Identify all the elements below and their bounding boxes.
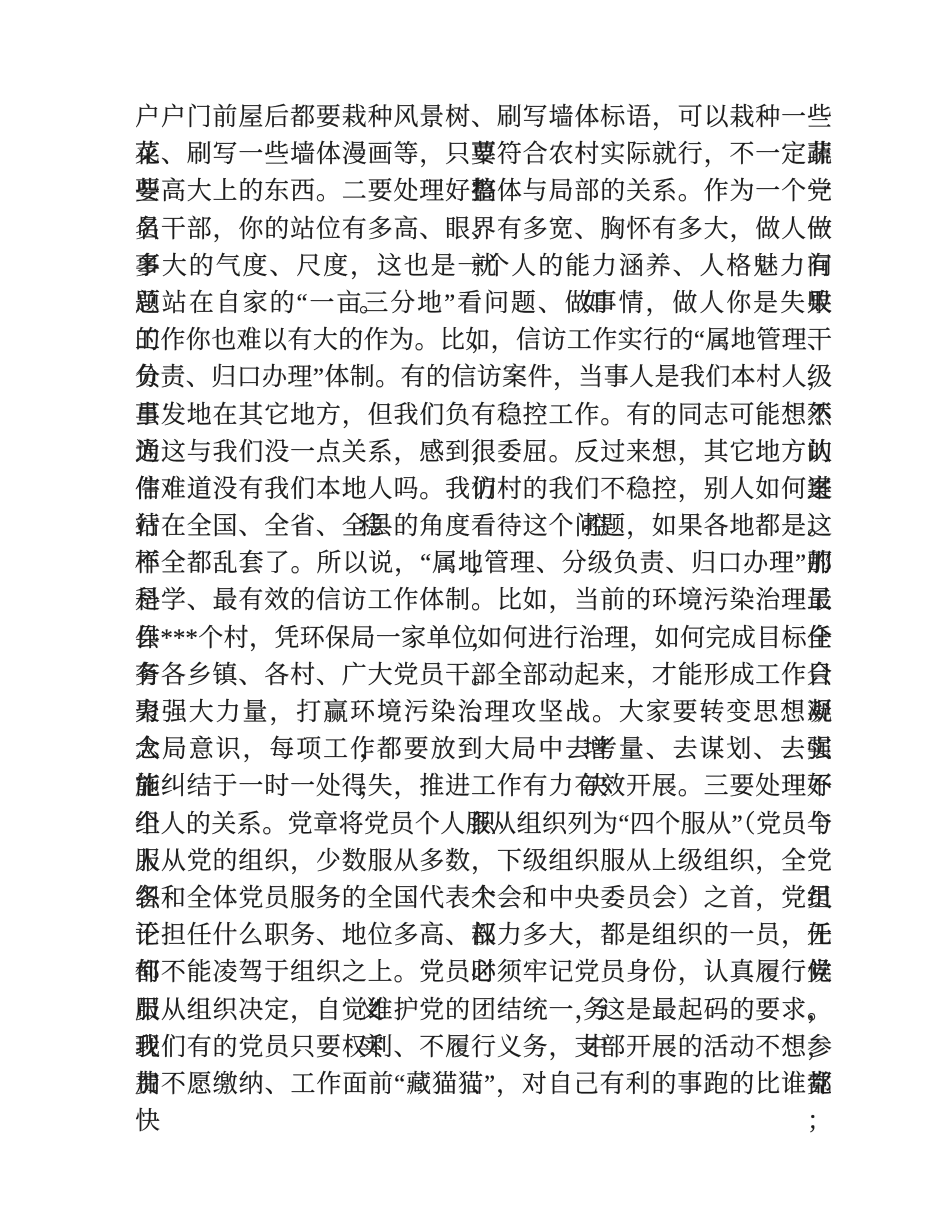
- body-text-paragraph: 户户门前屋后都要栽种风景树、刷写墙体标语，可以栽种一些花草蔬菜、刷写一些墙体漫画…: [135, 99, 832, 1103]
- text-line: 服从组织决定，自觉维护党的团结统一，这是最起码的要求。现实中，: [135, 992, 832, 1029]
- text-line: 工作你也难以有大的作为。比如，信访工作实行的“属地管理、分级: [135, 322, 832, 359]
- text-line: 大局意识，每项工作都要放到大局中去考量、去谋划、去实施，决不: [135, 731, 832, 768]
- text-line: 费不愿缴纳、工作面前“藏猫猫”，对自己有利的事跑的比谁都快；: [135, 1066, 832, 1103]
- text-line: 些高大上的东西。二要处理好整体与局部的关系。作为一个党员、一: [135, 173, 832, 210]
- text-line: 能纠结于一时一处得失，推进工作有力有效开展。三要处理好组织与: [135, 768, 832, 805]
- text-line: 论担任什么职务、地位多高、权力多大，都是组织的一员，任何时候: [135, 917, 832, 954]
- text-line: 个人的关系。党章将党员个人服从组织列为“四个服从”（党员个人: [135, 806, 832, 843]
- text-line: 名干部，你的站位有多高、眼界有多宽、胸怀有多大，做人做事就有: [135, 211, 832, 248]
- text-line: 都不能凌驾于组织之上。党员必须牢记党员身份，认真履行党员义务，: [135, 954, 832, 991]
- text-line: 多大的气度、尺度，这也是一个人的能力涵养、人格魅力问题。如果: [135, 248, 832, 285]
- text-line: 聚强大力量，打赢环境污染治理攻坚战。大家要转变思想观念，增强: [135, 694, 832, 731]
- text-line: 有各乡镇、各村、广大党员干部全部动起来，才能形成工作合力、凝: [135, 657, 832, 694]
- text-line: 件难道没有我们本地人吗。我们村的我们不稳控，别人如何进行稳控。: [135, 471, 832, 508]
- document-page: 户户门前屋后都要栽种风景树、刷写墙体标语，可以栽种一些花草蔬菜、刷写一些墙体漫画…: [0, 0, 950, 1230]
- text-line: 负责、归口办理”体制。有的信访案件，当事人是我们本村人，虽然: [135, 359, 832, 396]
- text-line: 服从党的组织，少数服从多数，下级组织服从上级组织，全党各个组: [135, 843, 832, 880]
- text-line: 站在全国、全省、全县的角度看待这个问题，如果各地都是这样，那: [135, 508, 832, 545]
- text-line: 科学、最有效的信访工作体制。比如，当前的环境污染治理工作，全: [135, 582, 832, 619]
- text-line: 菜、刷写一些墙体漫画等，只要符合农村实际就行，不一定非要搞一: [135, 136, 832, 173]
- text-line: 事发地在其它地方，但我们负有稳控工作。有的同志可能想不通，认: [135, 397, 832, 434]
- text-line: 不全都乱套了。所以说，“属地管理、分级负责、归口办理”的是最: [135, 545, 832, 582]
- text-line: 户户门前屋后都要栽种风景树、刷写墙体标语，可以栽种一些花草蔬: [135, 99, 832, 136]
- text-line: 为这与我们没一点关系，感到很委屈。反过来想，其它地方的信访案: [135, 434, 832, 471]
- text-line: 总站在自家的“一亩三分地”看问题、做事情，做人你是失败的，干: [135, 285, 832, 322]
- text-line: 县***个村，凭环保局一家单位如何进行治理，如何完成目标任务。只: [135, 620, 832, 657]
- text-line: 我们有的党员只要权利、不履行义务，支部开展的活动不想参加、党: [135, 1029, 832, 1066]
- text-line: 织和全体党员服务的全国代表大会和中央委员会）之首，党员干部无: [135, 880, 832, 917]
